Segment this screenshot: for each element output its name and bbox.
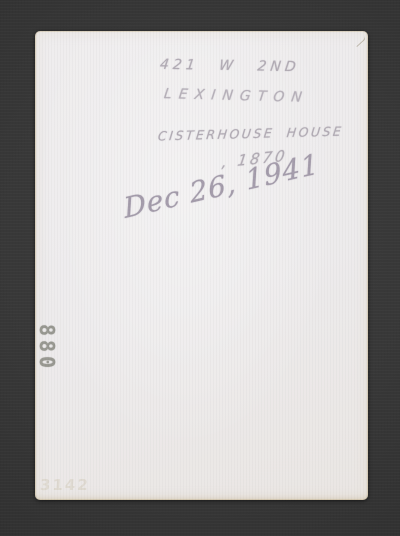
handwritten-address: 421 W 2ND bbox=[159, 57, 301, 75]
scan-backdrop: 421 W 2ND LEXINGTON CISTERHOUSE HOUSE , … bbox=[0, 0, 400, 536]
stamped-catalog-number: 880 bbox=[35, 313, 59, 383]
faint-corner-number: 3142 bbox=[39, 476, 90, 494]
